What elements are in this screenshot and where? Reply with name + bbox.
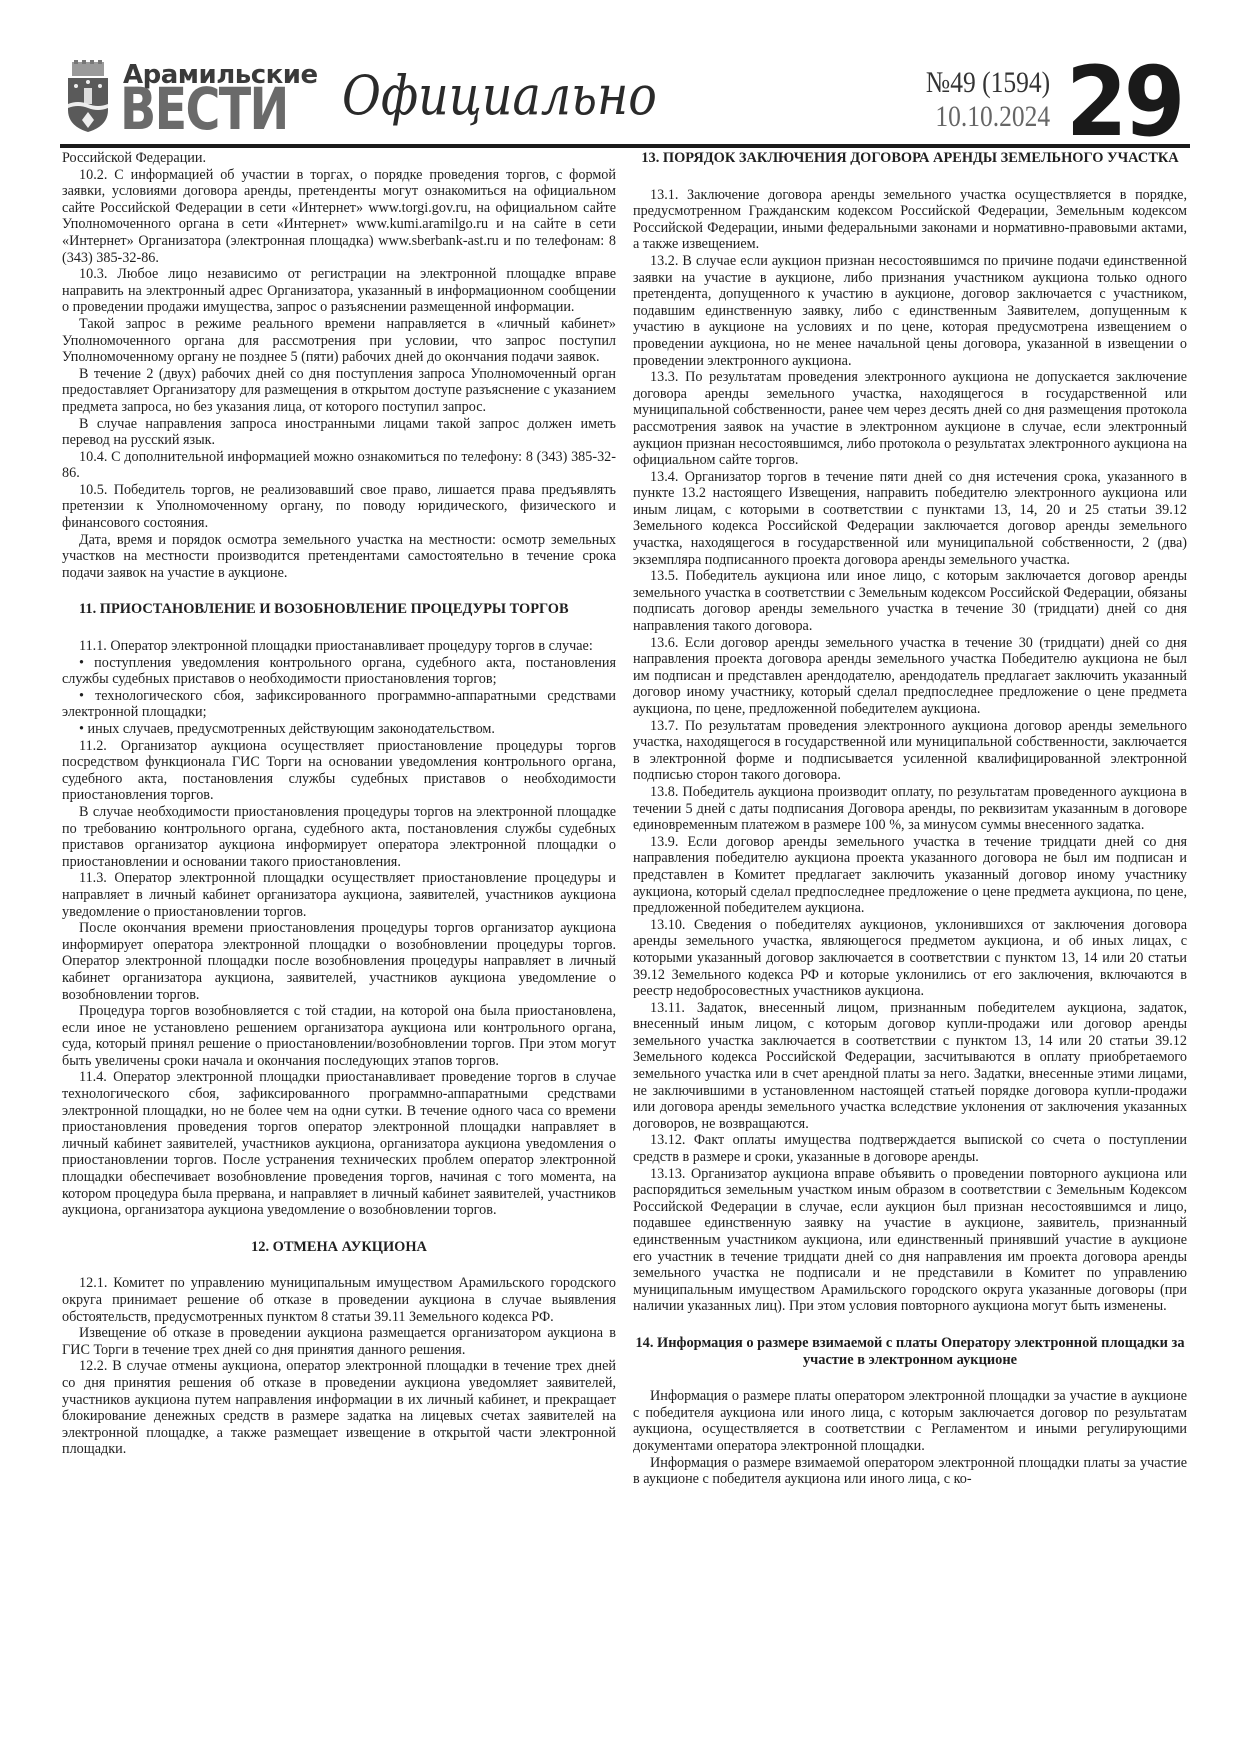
paragraph: 13.6. Если договор аренды земельного уча… [633,635,1187,718]
paragraph: 11.1. Оператор электронной площадки прио… [62,638,616,655]
paragraph: • технологического сбоя, зафиксированног… [62,688,616,721]
paragraph: В течение 2 (двух) рабочих дней со дня п… [62,366,616,416]
paragraph: • иных случаев, предусмотренных действую… [62,721,616,738]
paragraph: 13.12. Факт оплаты имущества подтверждае… [633,1132,1187,1165]
paragraph: В случае необходимости приостановления п… [62,804,616,870]
issue-number: №49 (1594) [926,66,1050,100]
paragraph: 11.2. Организатор аукциона осуществляет … [62,738,616,804]
paragraph: Процедура торгов возобновляется с той ст… [62,1003,616,1069]
paragraph: 13.7. По результатам проведения электрон… [633,718,1187,784]
paragraph: 13.5. Победитель аукциона или иное лицо,… [633,568,1187,634]
paragraph: 13.4. Организатор торгов в течение пяти … [633,469,1187,569]
section-title: Официально [342,64,657,127]
newspaper-logo-main: ВЕСТИ [120,80,288,138]
header-divider [60,144,1190,148]
paragraph: 10.3. Любое лицо независимо от регистрац… [62,266,616,316]
left-column: Российской Федерации.10.2. С информацией… [62,150,616,1458]
paragraph: 13.1. Заключение договора аренды земельн… [633,187,1187,253]
city-coat-of-arms-icon [66,60,110,132]
right-column: 13. ПОРЯДОК ЗАКЛЮЧЕНИЯ ДОГОВОРА АРЕНДЫ З… [633,150,1187,1488]
paragraph: 11.3. Оператор электронной площадки осущ… [62,870,616,920]
paragraph: 13.10. Сведения о победителях аукционов,… [633,917,1187,1000]
paragraph: Российской Федерации. [62,150,616,167]
masthead: Арамильские ВЕСТИ Официально №49 (1594) … [60,0,1190,147]
paragraph: Дата, время и порядок осмотра земельного… [62,532,616,582]
paragraph: • поступления уведомления контрольного о… [62,655,616,688]
issue-info: №49 (1594) 10.10.2024 [926,66,1050,134]
paragraph: 12.2. В случае отмены аукциона, оператор… [62,1358,616,1458]
paragraph: 13.13. Организатор аукциона вправе объяв… [633,1166,1187,1315]
paragraph: 13.3. По результатам проведения электрон… [633,369,1187,469]
page-number: 29 [1066,54,1182,150]
paragraph: Такой запрос в режиме реального времени … [62,316,616,366]
issue-date: 10.10.2024 [926,100,1050,134]
paragraph: Извещение об отказе в проведении аукцион… [62,1325,616,1358]
paragraph: Информация о размере платы оператором эл… [633,1388,1187,1454]
paragraph: 12.1. Комитет по управлению муниципальны… [62,1275,616,1325]
paragraph: 10.4. С дополнительной информацией можно… [62,449,616,482]
section-heading: 12. ОТМЕНА АУКЦИОНА [62,1239,616,1256]
section-heading: 14. Информация о размере взимаемой с пла… [633,1335,1187,1368]
section-heading: 11. ПРИОСТАНОВЛЕНИЕ И ВОЗОБНОВЛЕНИЕ ПРОЦ… [62,601,616,618]
paragraph: 13.8. Победитель аукциона производит опл… [633,784,1187,834]
section-heading: 13. ПОРЯДОК ЗАКЛЮЧЕНИЯ ДОГОВОРА АРЕНДЫ З… [633,150,1187,167]
paragraph: 11.4. Оператор электронной площадки прио… [62,1069,616,1218]
paragraph: После окончания времени приостановления … [62,920,616,1003]
paragraph: В случае направления запроса иностранным… [62,416,616,449]
paragraph: 10.5. Победитель торгов, не реализовавши… [62,482,616,532]
paragraph: Информация о размере взимаемой операторо… [633,1455,1187,1488]
paragraph: 13.9. Если договор аренды земельного уча… [633,834,1187,917]
paragraph: 10.2. С информацией об участии в торгах,… [62,167,616,267]
paragraph: 13.11. Задаток, внесенный лицом, признан… [633,1000,1187,1133]
paragraph: 13.2. В случае если аукцион признан несо… [633,253,1187,369]
